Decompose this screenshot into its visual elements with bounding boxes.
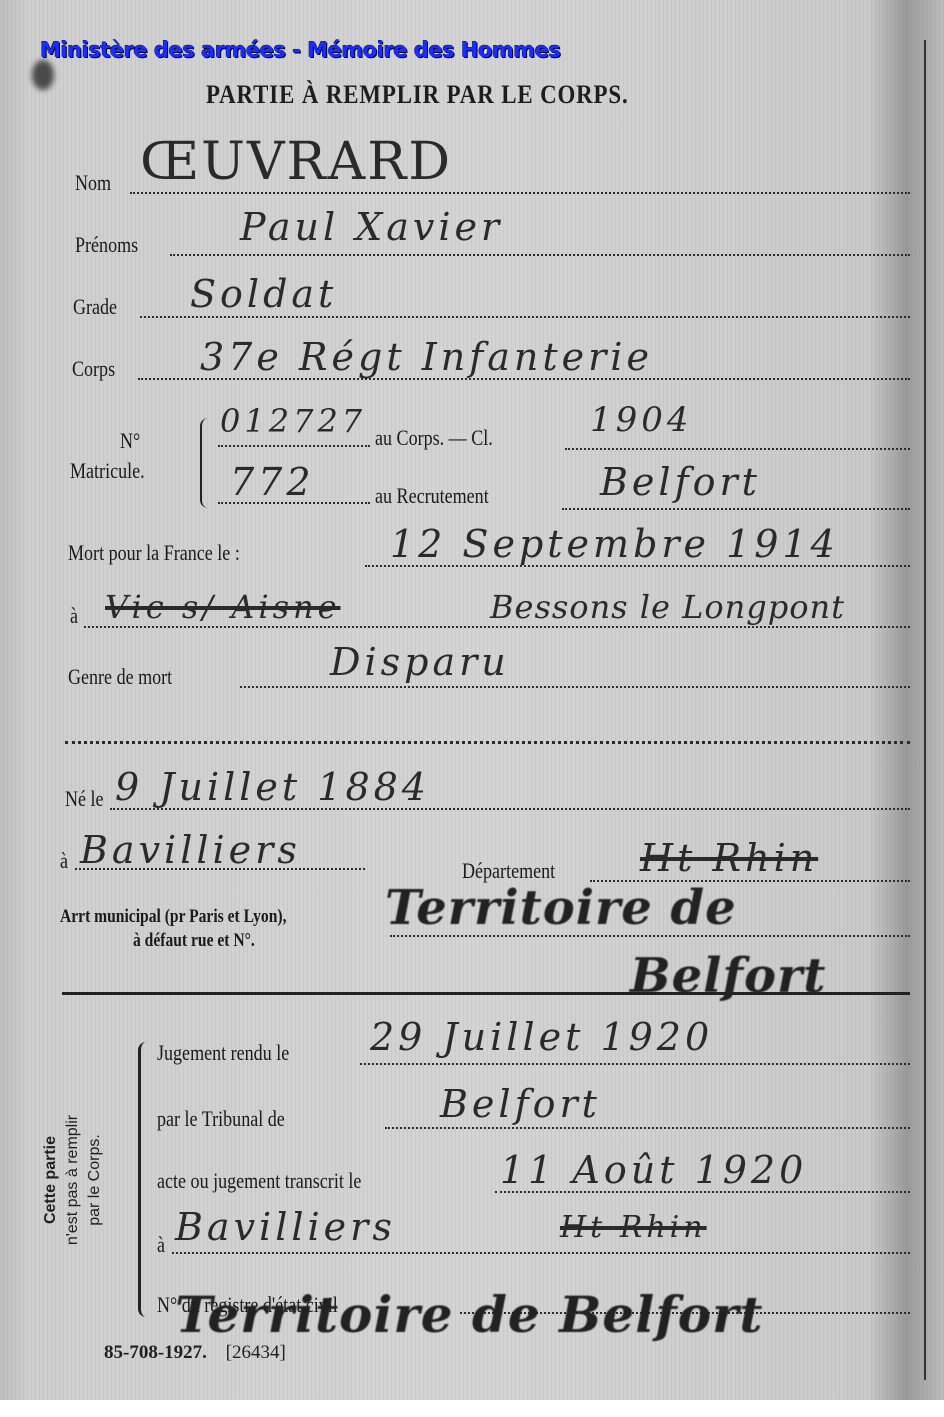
prenoms-label: Prénoms [75, 232, 138, 258]
arrondissement-value-2: Belfort [630, 948, 826, 1004]
lieu-mort-struck-value: Vic s/ Aisne [105, 588, 341, 626]
side-note-line-1: Cette partie [40, 1050, 62, 1310]
jugement-rendu-label: Jugement rendu le [157, 1040, 289, 1066]
matricule-corps-line [218, 445, 370, 447]
matricule-recrutement-value: 772 [230, 460, 315, 504]
jugement-lieu-struck-value: Ht Rhin [560, 1210, 707, 1245]
nom-label: Nom [75, 170, 111, 196]
matricule-corps-value: 012727 [220, 402, 366, 440]
recrutement-place: Belfort [600, 460, 761, 504]
registre-overwrite: Territoire de Belfort [175, 1285, 764, 1344]
ne-le-label: Né le [65, 786, 104, 812]
print-code-value: 85-708-1927. [104, 1342, 207, 1363]
grade-label: Grade [73, 294, 117, 320]
lieu-mort-label: à [70, 603, 78, 629]
document-scan: Ministère des armées - Mémoire des Homme… [0, 0, 944, 1400]
recrutement-line [562, 508, 910, 510]
genre-mort-label: Genre de mort [68, 664, 172, 690]
jugement-brace [138, 1042, 151, 1317]
grade-value: Soldat [190, 272, 337, 316]
mort-value: 12 Septembre 1914 [390, 522, 839, 566]
departement-struck-value: Ht Rhin [640, 836, 818, 880]
au-corps-label: au Corps. — Cl. [375, 425, 493, 451]
ink-blot [32, 60, 54, 90]
print-number: [26434] [226, 1342, 286, 1363]
lieu-naissance-value: Bavilliers [80, 828, 301, 872]
prenoms-line [170, 254, 910, 256]
page-edge-line [924, 40, 926, 1380]
jugement-rendu-value: 29 Juillet 1920 [370, 1015, 713, 1059]
print-code: 85-708-1927. [26434] [104, 1342, 286, 1364]
jugement-lieu-label: à [157, 1232, 165, 1258]
jugement-side-note: Cette partie n'est pas à remplir par le … [40, 1050, 106, 1310]
grade-line [140, 316, 910, 318]
ne-le-value: 9 Juillet 1884 [115, 765, 430, 809]
genre-mort-value: Disparu [330, 640, 510, 684]
prenoms-value: Paul Xavier [240, 205, 503, 249]
jugement-lieu-value: Bavilliers [175, 1205, 396, 1249]
corps-label: Corps [72, 356, 115, 382]
arrondissement-label-2: à défaut rue et N°. [133, 930, 255, 952]
lieu-mort-line [84, 626, 910, 628]
watermark: Ministère des armées - Mémoire des Homme… [40, 38, 560, 62]
nom-line [130, 192, 910, 194]
side-note-line-3: par le Corps. [84, 1050, 106, 1310]
corps-value: 37e Régt Infanterie [200, 335, 653, 379]
tribunal-value: Belfort [440, 1082, 601, 1126]
classe-value: 1904 [590, 400, 693, 440]
tribunal-label: par le Tribunal de [157, 1106, 285, 1132]
au-recrutement-label: au Recrutement [375, 483, 489, 509]
side-note-line-2: n'est pas à remplir [62, 1050, 84, 1310]
form-heading: PARTIE À REMPLIR PAR LE CORPS. [206, 80, 629, 110]
jugement-rendu-line [360, 1063, 910, 1065]
lieu-mort-value: Bessons le Longpont [490, 588, 845, 626]
nom-value: ŒUVRARD [140, 132, 452, 192]
lieu-naissance-label: à [60, 848, 68, 874]
matricule-label: Matricule. [70, 458, 145, 484]
matricule-brace [200, 418, 212, 508]
transcrit-label: acte ou jugement transcrit le [157, 1168, 361, 1194]
section-divider [62, 992, 910, 995]
mort-label: Mort pour la France le : [68, 540, 240, 566]
matricule-no-label: N° [120, 428, 140, 454]
genre-mort-line [240, 686, 910, 688]
tribunal-line [385, 1127, 910, 1129]
arrondissement-label-1: Arrt municipal (pr Paris et Lyon), [60, 906, 286, 928]
transcrit-value: 11 Août 1920 [500, 1148, 807, 1192]
jugement-lieu-line [172, 1252, 910, 1254]
blank-line [65, 741, 910, 744]
arrondissement-value-1: Territoire de [385, 880, 737, 936]
classe-line [565, 448, 910, 450]
